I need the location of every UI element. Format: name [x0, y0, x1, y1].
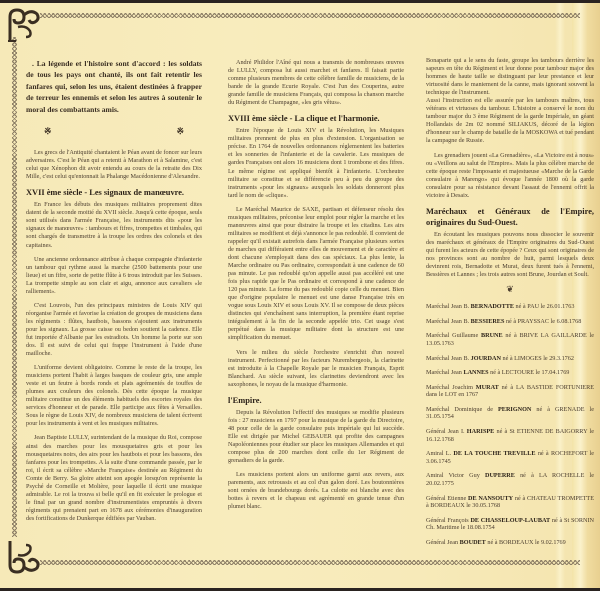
paragraph: André Philidor l'Aîné qui nous a transmi…: [228, 59, 404, 107]
paragraph: Aussi l'instruction est elle assurée par…: [426, 97, 594, 145]
column-2: André Philidor l'Aîné qui nous a transmi…: [228, 59, 404, 511]
paragraph: Une ancienne ordonnance attribue à chaqu…: [26, 256, 202, 296]
officer-entry: Maréchal Jean B. BESSIERES né à PRAYSSAC…: [426, 318, 594, 326]
officer-rank: Amiral L.: [426, 450, 453, 457]
fleuron-ornament-icon: ❦: [426, 285, 594, 293]
paragraph: Les grecs de l'Antiquité chantaient le P…: [26, 149, 202, 181]
officer-entry: Général Etienne DE NANSOUTY né à CHATEAU…: [426, 495, 594, 510]
officer-name: LANNES: [463, 369, 488, 376]
asterism-left-icon: ※: [44, 127, 52, 135]
officer-entry: Amiral L. DE LA TOUCHE TREVILLE né à ROC…: [426, 450, 594, 465]
officer-birth: né à PAU le 26.01.1763: [514, 303, 574, 310]
officer-entry: Général Jean I. HARISPE né à St ETIENNE …: [426, 428, 594, 443]
officer-entry: Maréchal Jean B. JOURDAN né à LIMOGES le…: [426, 355, 594, 363]
bottom-border: [40, 560, 580, 565]
paragraph: En écoutant les musiques pouvons nous di…: [426, 231, 594, 279]
paragraph: Jean Baptiste LULLY, surintendant de la …: [26, 434, 202, 523]
column-3: Bonaparte qui a le sens du faste, groupe…: [426, 57, 594, 554]
asterism-row: ※ ※: [26, 127, 202, 135]
officer-list: Maréchal Jean B. BERNADOTTE né à PAU le …: [426, 303, 594, 546]
officer-entry: Maréchal Jean LANNES né à LECTOURE le 17…: [426, 369, 594, 377]
officer-rank: Maréchal Dominique de: [426, 406, 498, 413]
officer-name: PERIGNON: [498, 406, 531, 413]
officer-name: BRUNE: [481, 332, 503, 339]
officer-birth: né à LECTOURE le 17.04.1769: [489, 369, 570, 376]
paragraph: Depuis la Révolution l'effectif des musi…: [228, 409, 404, 465]
officer-rank: Maréchal Jean B.: [426, 355, 471, 362]
document-page: . La légende et l'histoire sont d'accord…: [0, 3, 600, 588]
paragraph: En France les débuts des musiques milita…: [26, 201, 202, 249]
officer-name: DUPERRE: [485, 472, 515, 479]
officer-name: DE LA TOUCHE TREVILLE: [453, 450, 535, 457]
paragraph: Bonaparte qui a le sens du faste, groupe…: [426, 57, 594, 97]
officer-birth: né à LIMOGES le 29.3.1762: [501, 355, 574, 362]
top-border: [40, 13, 580, 18]
intro-paragraph: . La légende et l'histoire sont d'accord…: [26, 58, 202, 115]
officer-name: BERNADOTTE: [471, 303, 514, 310]
officer-name: DE CHASSELOUP-LAUBAT: [470, 517, 550, 524]
section-heading: XVIII ème siècle - La clique et l'harmon…: [228, 113, 404, 124]
officer-entry: Maréchal Jean B. BERNADOTTE né à PAU le …: [426, 303, 594, 311]
paragraph: Entre l'époque de Louis XIV et la Révolu…: [228, 127, 404, 199]
officer-rank: Maréchal Joachim: [426, 384, 476, 391]
officer-birth: né à PRAYSSAC le 6.08.1768: [504, 318, 581, 325]
left-border: [12, 37, 17, 537]
officer-entry: Général François DE CHASSELOUP-LAUBAT né…: [426, 517, 594, 532]
section-heading: XVII ème siècle - Les signaux de manœuvr…: [26, 187, 202, 198]
officer-entry: Maréchal Guillaume BRUNE né à BRIVE LA G…: [426, 332, 594, 347]
officer-name: DE NANSOUTY: [468, 495, 513, 502]
art-nouveau-corner-ornament-top-icon: [4, 7, 42, 43]
officer-rank: Maréchal Jean: [426, 369, 463, 376]
officer-name: HARISPE: [467, 428, 495, 435]
paragraph: L'uniforme devient obligatoire. Comme le…: [26, 364, 202, 428]
officer-rank: Maréchal Jean B.: [426, 303, 471, 310]
officer-entry: Maréchal Joachim MURAT né à LA BASTIDE F…: [426, 384, 594, 399]
officer-rank: Général Jean: [426, 539, 460, 546]
paragraph: C'est Louvois, l'un des principaux minis…: [26, 302, 202, 358]
paragraph: Le Maréchal Maurice de SAXE, partisan et…: [228, 206, 404, 343]
paragraph: Les musiciens portent alors un uniforme …: [228, 471, 404, 511]
officer-name: JOURDAN: [471, 355, 501, 362]
art-nouveau-corner-ornament-bottom-icon: [4, 539, 42, 575]
officer-rank: Maréchal Jean B.: [426, 318, 471, 325]
officer-entry: Maréchal Dominique de PERIGNON né à GREN…: [426, 406, 594, 421]
officer-name: BOUDET: [460, 539, 486, 546]
officer-name: MURAT: [476, 384, 499, 391]
officer-name: BESSIERES: [471, 318, 505, 325]
paragraph: Les grenadiers jouent «La Grenadière», «…: [426, 152, 594, 200]
officer-entry: Général Jean BOUDET né à BORDEAUX le 9.0…: [426, 539, 594, 547]
officer-rank: Général François: [426, 517, 470, 524]
officer-birth: né à BORDEAUX le 9.02.1769: [486, 539, 566, 546]
officer-rank: Général Jean I.: [426, 428, 467, 435]
officer-entry: Amiral Victor Guy DUPERRE né à LA ROCHEL…: [426, 472, 594, 487]
paragraph: Vers le milieu du siècle l'orchestre s'e…: [228, 349, 404, 389]
column-1: . La légende et l'histoire sont d'accord…: [26, 58, 202, 523]
officer-rank: Amiral Victor Guy: [426, 472, 485, 479]
asterism-right-icon: ※: [176, 127, 184, 135]
section-heading: Maréchaux et Généraux de l'Empire, origi…: [426, 206, 594, 228]
officer-rank: Maréchal Guillaume: [426, 332, 481, 339]
officer-rank: Général Etienne: [426, 495, 468, 502]
section-heading: l'Empire.: [228, 395, 404, 406]
